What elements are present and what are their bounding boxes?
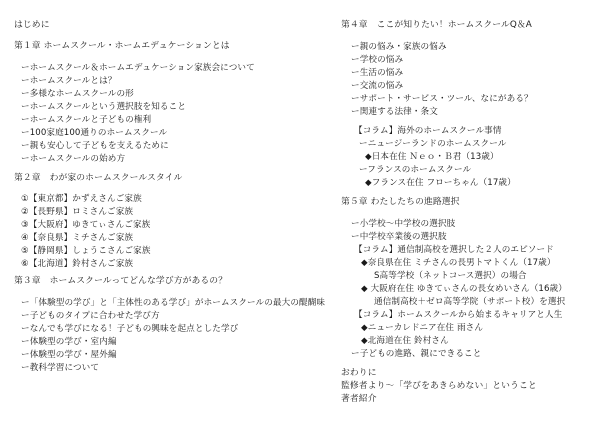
supervisor-note: 監修者より～「学びをあきらめない」ということ (341, 380, 537, 392)
ch3-item: ー体験型の学び・屋外編 (21, 349, 117, 361)
ch3-item: ー子どものタイプに合わせた学び方 (21, 310, 160, 322)
ch5-column1-item: ◆ 大阪府在住 ゆきてぃさんの長女めいさん（16歳） (361, 283, 567, 295)
ch2-item: ②【長野県】ロミさんご家族 (21, 206, 133, 218)
ch4-item: ー生活の悩み (351, 67, 403, 79)
ch1-item: ーホームスクール＆ホームエデュケーション家族会について (21, 62, 255, 74)
chapter-1-title: 第１章 ホームスクール・ホームエデュケーションとは (14, 40, 230, 52)
ch5-column2-title: 【コラム】ホームスクールから始まるキャリアと人生 (354, 309, 562, 321)
ch5-item: ー子どもの進路、親にできること (351, 348, 481, 360)
ch5-column1-item: ◆奈良県在住 ミチさんの長男トマトくん（17歳） (361, 257, 556, 269)
ch4-column-item: ーニュージーランドのホームスクール (359, 138, 506, 150)
ch4-item: ー学校の悩み (351, 54, 403, 66)
ch4-item: ー親の悩み・家族の悩み (351, 41, 447, 53)
ch4-column-item: ーフランスのホームスクール (359, 164, 471, 176)
ch4-column-item: ◆日本在住 Ｎｅｏ・Ｂ君（13歳） (365, 151, 499, 163)
ch2-item: ④【奈良県】ミチさんご家族 (21, 232, 133, 244)
ch1-item: ー多様なホームスクールの形 (21, 88, 134, 100)
ch4-item: ー関連する法律・条文 (351, 106, 438, 118)
ch2-item: ③【大阪府】ゆきてぃさんご家族 (21, 219, 150, 231)
chapter-3-title: 第３章 ホームスクールってどんな学び方があるの？ (14, 275, 227, 287)
ch3-item: ーなんでも学びになる！子どもの興味を起点とした学び (21, 323, 238, 335)
intro-heading: はじめに (14, 19, 50, 31)
ch3-item: ー「体験型の学び」と「主体性のある学び」がホームスクールの最大の醍醐味 (21, 297, 325, 309)
ch1-item: ー100家庭100通りのホームスクール (21, 127, 167, 139)
closing-heading: おわりに (341, 367, 377, 379)
ch3-item: ー体験型の学び・室内編 (21, 336, 117, 348)
ch5-column2-item: ◆北海道在住 鈴村さん (361, 335, 449, 347)
ch4-column-item: ◆フランス在住 フローちゃん（17歳） (365, 177, 516, 189)
ch5-column1-item: 通信制高校＋ゼロ高等学院（サポート校）を選択 (374, 296, 565, 308)
chapter-5-title: 第５章 わたしたちの進路選択 (341, 196, 460, 208)
ch1-item: ーホームスクールとは？ (21, 75, 116, 87)
chapter-4-title: 第４章 ここが知りたい！ホームスクールQ＆A (341, 19, 532, 31)
ch1-item: ーホームスクールという選択肢を知ること (21, 101, 186, 113)
ch4-column-title: 【コラム】海外のホームスクール事情 (354, 125, 502, 137)
ch5-column2-item: ◆ニューカレドニア在住 雨さん (361, 322, 483, 334)
ch4-item: ーサポート・サービス・ツール、なにがある？ (351, 93, 533, 105)
ch1-item: ー親も安心して子どもを支えるために (21, 140, 169, 152)
author-profile: 著者紹介 (341, 393, 377, 405)
ch5-column1-item: S高等学校（ネットコース選択）の場合 (374, 270, 527, 282)
ch2-item: ⑥【北海道】鈴村さんご家族 (21, 258, 133, 270)
ch4-item: ー交流の悩み (351, 80, 403, 92)
chapter-2-title: 第２章 わが家のホームスクールスタイル (14, 172, 182, 184)
ch5-item: ー中学校卒業後の選択肢 (351, 231, 447, 243)
ch5-column1-title: 【コラム】通信制高校を選択した２人のエピソード (354, 244, 554, 256)
ch1-item: ーホームスクールの始め方 (21, 153, 125, 165)
ch1-item: ーホームスクールと子どもの権利 (21, 114, 151, 126)
ch5-item: ー小学校～中学校の選択肢 (351, 218, 455, 230)
ch2-item: ①【東京都】かずえさんご家族 (21, 193, 142, 205)
ch3-item: ー教科学習について (21, 362, 99, 374)
ch2-item: ⑤【静岡県】しょうこさんご家族 (21, 245, 151, 257)
